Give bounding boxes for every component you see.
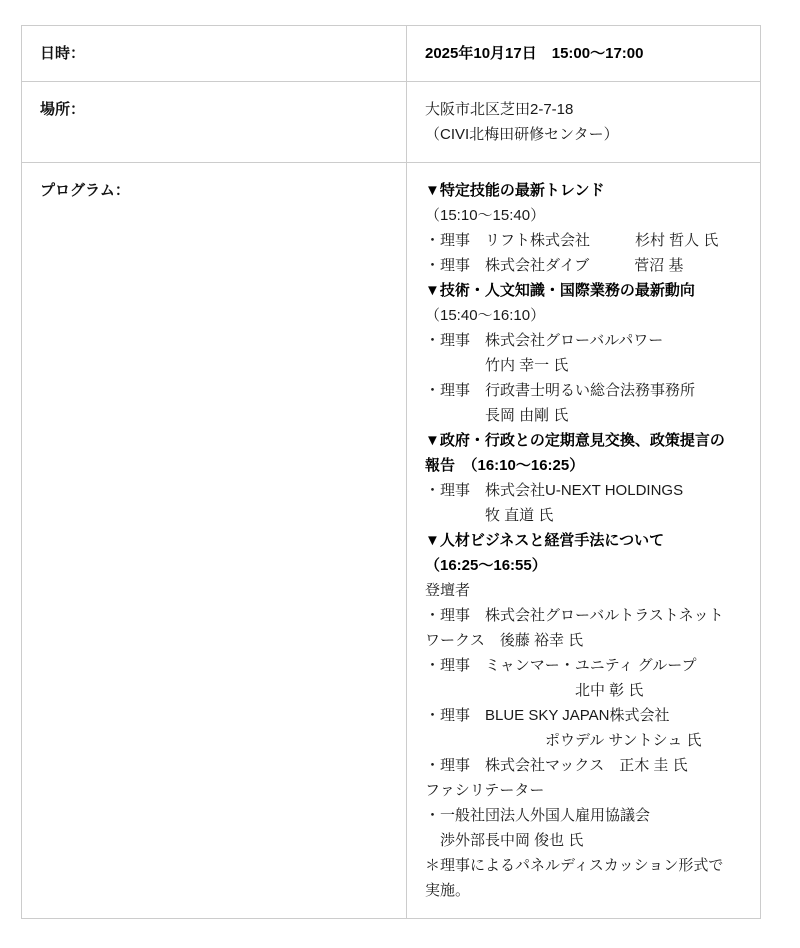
- content-line: （15:40～16:10）: [425, 303, 744, 328]
- content-line: ポウデル サントシュ 氏: [425, 728, 744, 753]
- content-line: ▼人材ビジネスと経営手法について: [425, 528, 744, 553]
- page: 日時： 2025年10月17日 15:00～17:00 場所： 大阪市北区芝田2…: [0, 0, 800, 948]
- content-line: ・理事 BLUE SKY JAPAN株式会社: [425, 703, 744, 728]
- content-line: 竹内 幸一 氏: [425, 353, 744, 378]
- event-info-table-body: 日時： 2025年10月17日 15:00～17:00 場所： 大阪市北区芝田2…: [22, 26, 761, 919]
- content-line: 北中 彰 氏: [425, 678, 744, 703]
- content-line: 2025年10月17日 15:00～17:00: [425, 41, 744, 66]
- content-line: ワークス 後藤 裕幸 氏: [425, 628, 744, 653]
- content-line: 実施。: [425, 878, 744, 903]
- content-line: （16:25～16:55）: [425, 553, 744, 578]
- content-line: ・理事 株式会社マックス 正木 圭 氏: [425, 753, 744, 778]
- row-content-datetime: 2025年10月17日 15:00～17:00: [407, 26, 761, 82]
- content-line: ・理事 株式会社グローバルトラストネット: [425, 603, 744, 628]
- row-content-program: ▼特定技能の最新トレンド（15:10～15:40）・理事 リフト株式会社 杉村 …: [407, 163, 761, 919]
- content-line: 報告 （16:10～16:25）: [425, 453, 744, 478]
- content-line: 登壇者: [425, 578, 744, 603]
- content-line: ・理事 株式会社グローバルパワー: [425, 328, 744, 353]
- content-line: ・理事 株式会社U-NEXT HOLDINGS: [425, 478, 744, 503]
- content-line: （CIVI北梅田研修センター）: [425, 122, 744, 147]
- content-line: ・理事 行政書士明るい総合法務事務所: [425, 378, 744, 403]
- content-line: ファシリテーター: [425, 778, 744, 803]
- row-label-program: プログラム：: [22, 163, 407, 919]
- content-line: ・理事 株式会社ダイブ 菅沼 基: [425, 253, 744, 278]
- content-line: （15:10～15:40）: [425, 203, 744, 228]
- row-content-location: 大阪市北区芝田2-7-18（CIVI北梅田研修センター）: [407, 82, 761, 163]
- row-label-location: 場所：: [22, 82, 407, 163]
- content-line: ▼特定技能の最新トレンド: [425, 178, 744, 203]
- table-row-datetime: 日時： 2025年10月17日 15:00～17:00: [22, 26, 761, 82]
- content-line: 渉外部長中岡 俊也 氏: [425, 828, 744, 853]
- content-line: ＊理事によるパネルディスカッション形式で: [425, 853, 744, 878]
- content-line: ▼政府・行政との定期意見交換、政策提言の: [425, 428, 744, 453]
- content-line: 大阪市北区芝田2-7-18: [425, 97, 744, 122]
- content-line: 長岡 由剛 氏: [425, 403, 744, 428]
- content-line: ・理事 リフト株式会社 杉村 哲人 氏: [425, 228, 744, 253]
- content-line: 牧 直道 氏: [425, 503, 744, 528]
- row-label-datetime: 日時：: [22, 26, 407, 82]
- content-line: ・一般社団法人外国人雇用協議会: [425, 803, 744, 828]
- content-line: ・理事 ミャンマー・ユニティ グループ: [425, 653, 744, 678]
- content-line: ▼技術・人文知識・国際業務の最新動向: [425, 278, 744, 303]
- table-row-program: プログラム： ▼特定技能の最新トレンド（15:10～15:40）・理事 リフト株…: [22, 163, 761, 919]
- event-info-table: 日時： 2025年10月17日 15:00～17:00 場所： 大阪市北区芝田2…: [21, 25, 761, 919]
- table-row-location: 場所： 大阪市北区芝田2-7-18（CIVI北梅田研修センター）: [22, 82, 761, 163]
